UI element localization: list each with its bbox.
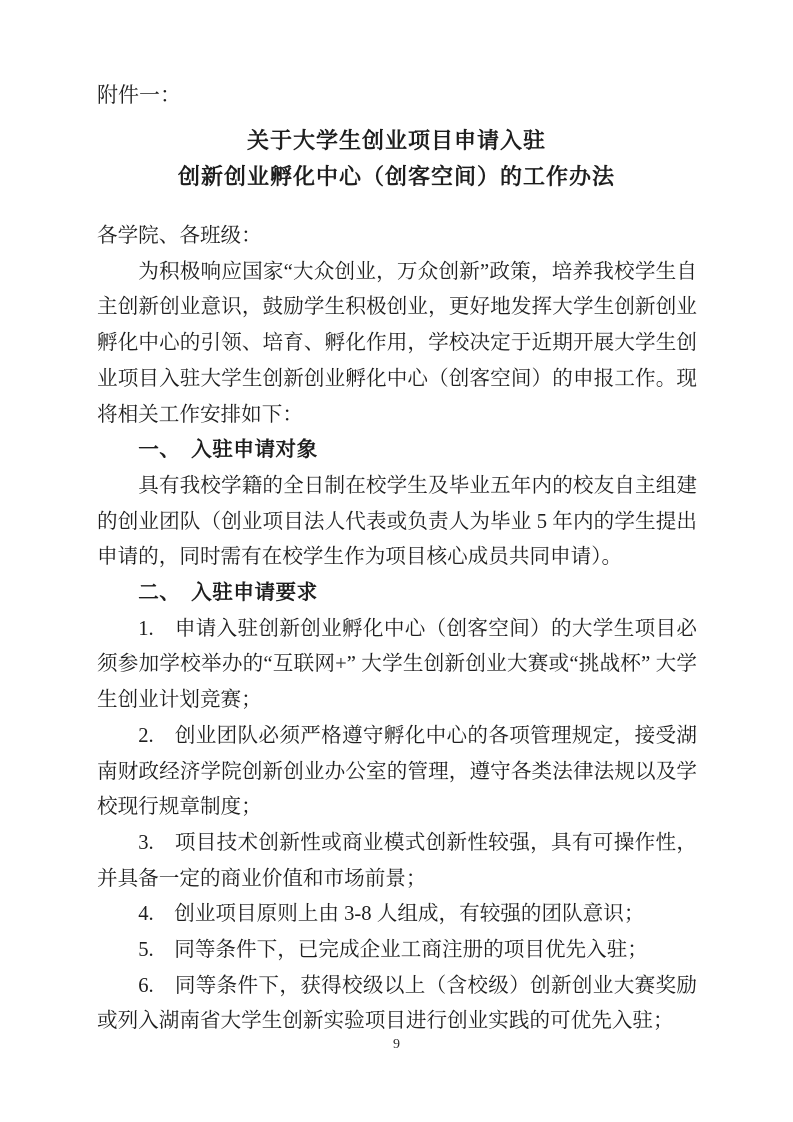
document-title-line-2: 创新创业孵化中心（创客空间）的工作办法 <box>0 159 793 195</box>
document-title: 关于大学生创业项目申请入驻 创新创业孵化中心（创客空间）的工作办法 <box>0 123 793 195</box>
attachment-label: 附件一： <box>97 83 181 107</box>
section-1-heading: 一、 入驻申请对象 <box>97 433 697 469</box>
section-2-item-2: 2. 创业团队必须严格遵守孵化中心的各项管理规定，接受湖南财政经济学院创新创业办… <box>97 719 697 826</box>
section-2-heading: 二、 入驻申请要求 <box>97 576 697 612</box>
document-body: 各学院、各班级： 为积极响应国家“大众创业，万众创新”政策，培养我校学生自主创新… <box>97 219 697 1040</box>
section-2-item-4: 4. 创业项目原则上由 3-8 人组成，有较强的团队意识； <box>97 897 697 933</box>
document-page: 附件一： 关于大学生创业项目申请入驻 创新创业孵化中心（创客空间）的工作办法 各… <box>0 0 793 1122</box>
section-2-item-6: 6. 同等条件下，获得校级以上（含校级）创新创业大赛奖励或列入湖南省大学生创新实… <box>97 969 697 1040</box>
section-2-item-1: 1. 申请入驻创新创业孵化中心（创客空间）的大学生项目必须参加学校举办的“互联网… <box>97 612 697 719</box>
intro-paragraph: 为积极响应国家“大众创业，万众创新”政策，培养我校学生自主创新创业意识，鼓励学生… <box>97 255 697 434</box>
section-1-paragraph-1: 具有我校学籍的全日制在校学生及毕业五年内的校友自主组建的创业团队（创业项目法人代… <box>97 469 697 576</box>
section-2-item-5: 5. 同等条件下，已完成企业工商注册的项目优先入驻； <box>97 933 697 969</box>
salutation: 各学院、各班级： <box>97 219 697 255</box>
section-2-item-3: 3. 项目技术创新性或商业模式创新性较强，具有可操作性，并具备一定的商业价值和市… <box>97 826 697 897</box>
document-title-line-1: 关于大学生创业项目申请入驻 <box>0 123 793 159</box>
page-number: 9 <box>0 1036 793 1054</box>
